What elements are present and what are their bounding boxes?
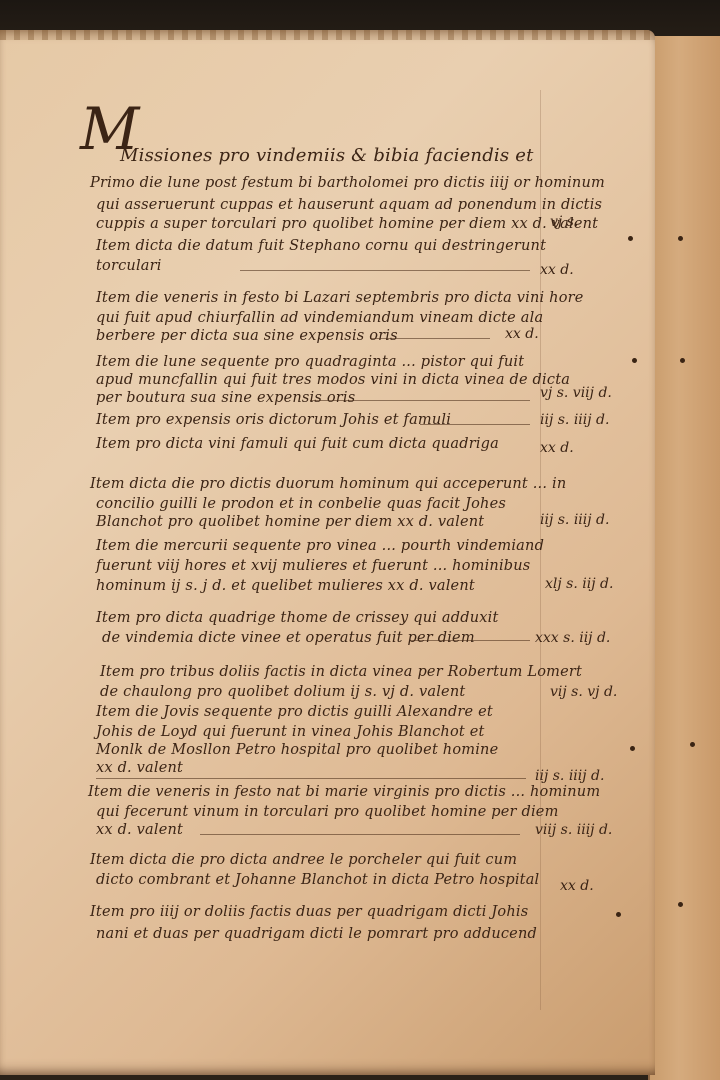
adjacent-page-edge bbox=[648, 36, 720, 1080]
entry-line: xx d. valent bbox=[96, 760, 183, 776]
binding-hole bbox=[632, 358, 637, 363]
entry-line: Item pro dicta vini famuli qui fuit cum … bbox=[96, 436, 499, 452]
ruling-line bbox=[96, 778, 526, 779]
entry-line: Item die veneris in festo nat bi marie v… bbox=[88, 784, 600, 800]
ruling-line bbox=[310, 400, 530, 401]
entry-amount: vj s. viij d. bbox=[540, 385, 612, 401]
entry-line: dicto combrant et Johanne Blanchot in di… bbox=[96, 872, 539, 888]
binding-hole bbox=[616, 912, 621, 917]
entry-line: Item pro iiij or doliis factis duas per … bbox=[90, 904, 528, 920]
entry-amount: iij s. iiij d. bbox=[540, 512, 609, 528]
entry-line: torculari bbox=[96, 258, 162, 274]
entry-line: berbere per dicta sua sine expensis oris bbox=[96, 328, 398, 344]
entry-line: Item die lune sequente pro quadraginta .… bbox=[96, 354, 524, 370]
entry-amount: vj s. bbox=[550, 214, 578, 230]
entry-line: nani et duas per quadrigam dicti le pomr… bbox=[96, 926, 537, 942]
ruling-line bbox=[410, 640, 530, 641]
entry-amount: xx d. bbox=[540, 440, 574, 456]
entry-line: hominum ij s. j d. et quelibet mulieres … bbox=[96, 578, 475, 594]
entry-amount: viij s. iiij d. bbox=[535, 822, 612, 838]
entry-line: qui fuit apud chiurfallin ad vindemiandu… bbox=[96, 310, 543, 326]
entry-line: fuerunt viij hores et xvij mulieres et f… bbox=[96, 558, 530, 574]
entry-line: Item dicta die pro dicta andree le porch… bbox=[90, 852, 517, 868]
entry-amount: xx d. bbox=[505, 326, 539, 342]
ruling-line bbox=[240, 270, 530, 271]
entry-amount: xlj s. iij d. bbox=[545, 576, 613, 592]
entry-line: Item pro dicta quadrige thome de crissey… bbox=[96, 610, 498, 626]
entry-line: Item die Jovis sequente pro dictis guill… bbox=[96, 704, 493, 720]
entry-line: Item pro expensis oris dictorum Johis et… bbox=[96, 412, 451, 428]
entry-line: Item die mercurii sequente pro vinea ...… bbox=[96, 538, 544, 554]
entry-amount: xx d. bbox=[540, 262, 574, 278]
entry-line: apud muncfallin qui fuit tres modos vini… bbox=[96, 372, 570, 388]
entry-line: Item dicta die pro dictis duorum hominum… bbox=[90, 476, 566, 492]
entry-line: de chaulong pro quolibet dolium ij s. vj… bbox=[100, 684, 465, 700]
binding-hole bbox=[630, 746, 635, 751]
heading-text: Missiones pro vindemiis & bibia faciendi… bbox=[120, 145, 534, 166]
entry-amount: xx d. bbox=[560, 878, 594, 894]
entry-line: per boutura sua sine expensis oris bbox=[96, 390, 355, 406]
entry-line: qui fecerunt vinum in torculari pro quol… bbox=[96, 804, 559, 820]
entry-line: Blanchot pro quolibet homine per diem xx… bbox=[96, 514, 484, 530]
entry-amount: vij s. vj d. bbox=[550, 684, 617, 700]
ruling-line bbox=[200, 834, 520, 835]
entry-line: Item dicta die datum fuit Stephano cornu… bbox=[96, 238, 546, 254]
entry-line: Primo die lune post festum bi bartholome… bbox=[90, 175, 605, 191]
binding-hole bbox=[678, 236, 683, 241]
entry-line: xx d. valent bbox=[96, 822, 183, 838]
entry-line: Johis de Loyd qui fuerunt in vinea Johis… bbox=[96, 724, 485, 740]
entry-line: Item die veneris in festo bi Lazari sept… bbox=[96, 290, 584, 306]
binding-hole bbox=[680, 358, 685, 363]
entry-line: de vindemia dicte vinee et operatus fuit… bbox=[102, 630, 475, 646]
binding-hole bbox=[628, 236, 633, 241]
entry-amount: iij s. iiij d. bbox=[535, 768, 604, 784]
binding-hole bbox=[678, 902, 683, 907]
ruling-line bbox=[370, 338, 490, 339]
ruling-line bbox=[420, 424, 530, 425]
entry-amount: xxx s. iij d. bbox=[535, 630, 610, 646]
entry-line: cuppis a super torculari pro quolibet ho… bbox=[96, 216, 598, 232]
entry-line: qui asseruerunt cuppas et hauserunt aqua… bbox=[96, 197, 602, 213]
entry-amount: iij s. iiij d. bbox=[540, 412, 609, 428]
entry-line: concilio guilli le prodon et in conbelie… bbox=[96, 496, 506, 512]
entry-line: Monlk de Mosllon Petro hospital pro quol… bbox=[96, 742, 498, 758]
entry-line: Item pro tribus doliis factis in dicta v… bbox=[100, 664, 582, 680]
binding-hole bbox=[690, 742, 695, 747]
